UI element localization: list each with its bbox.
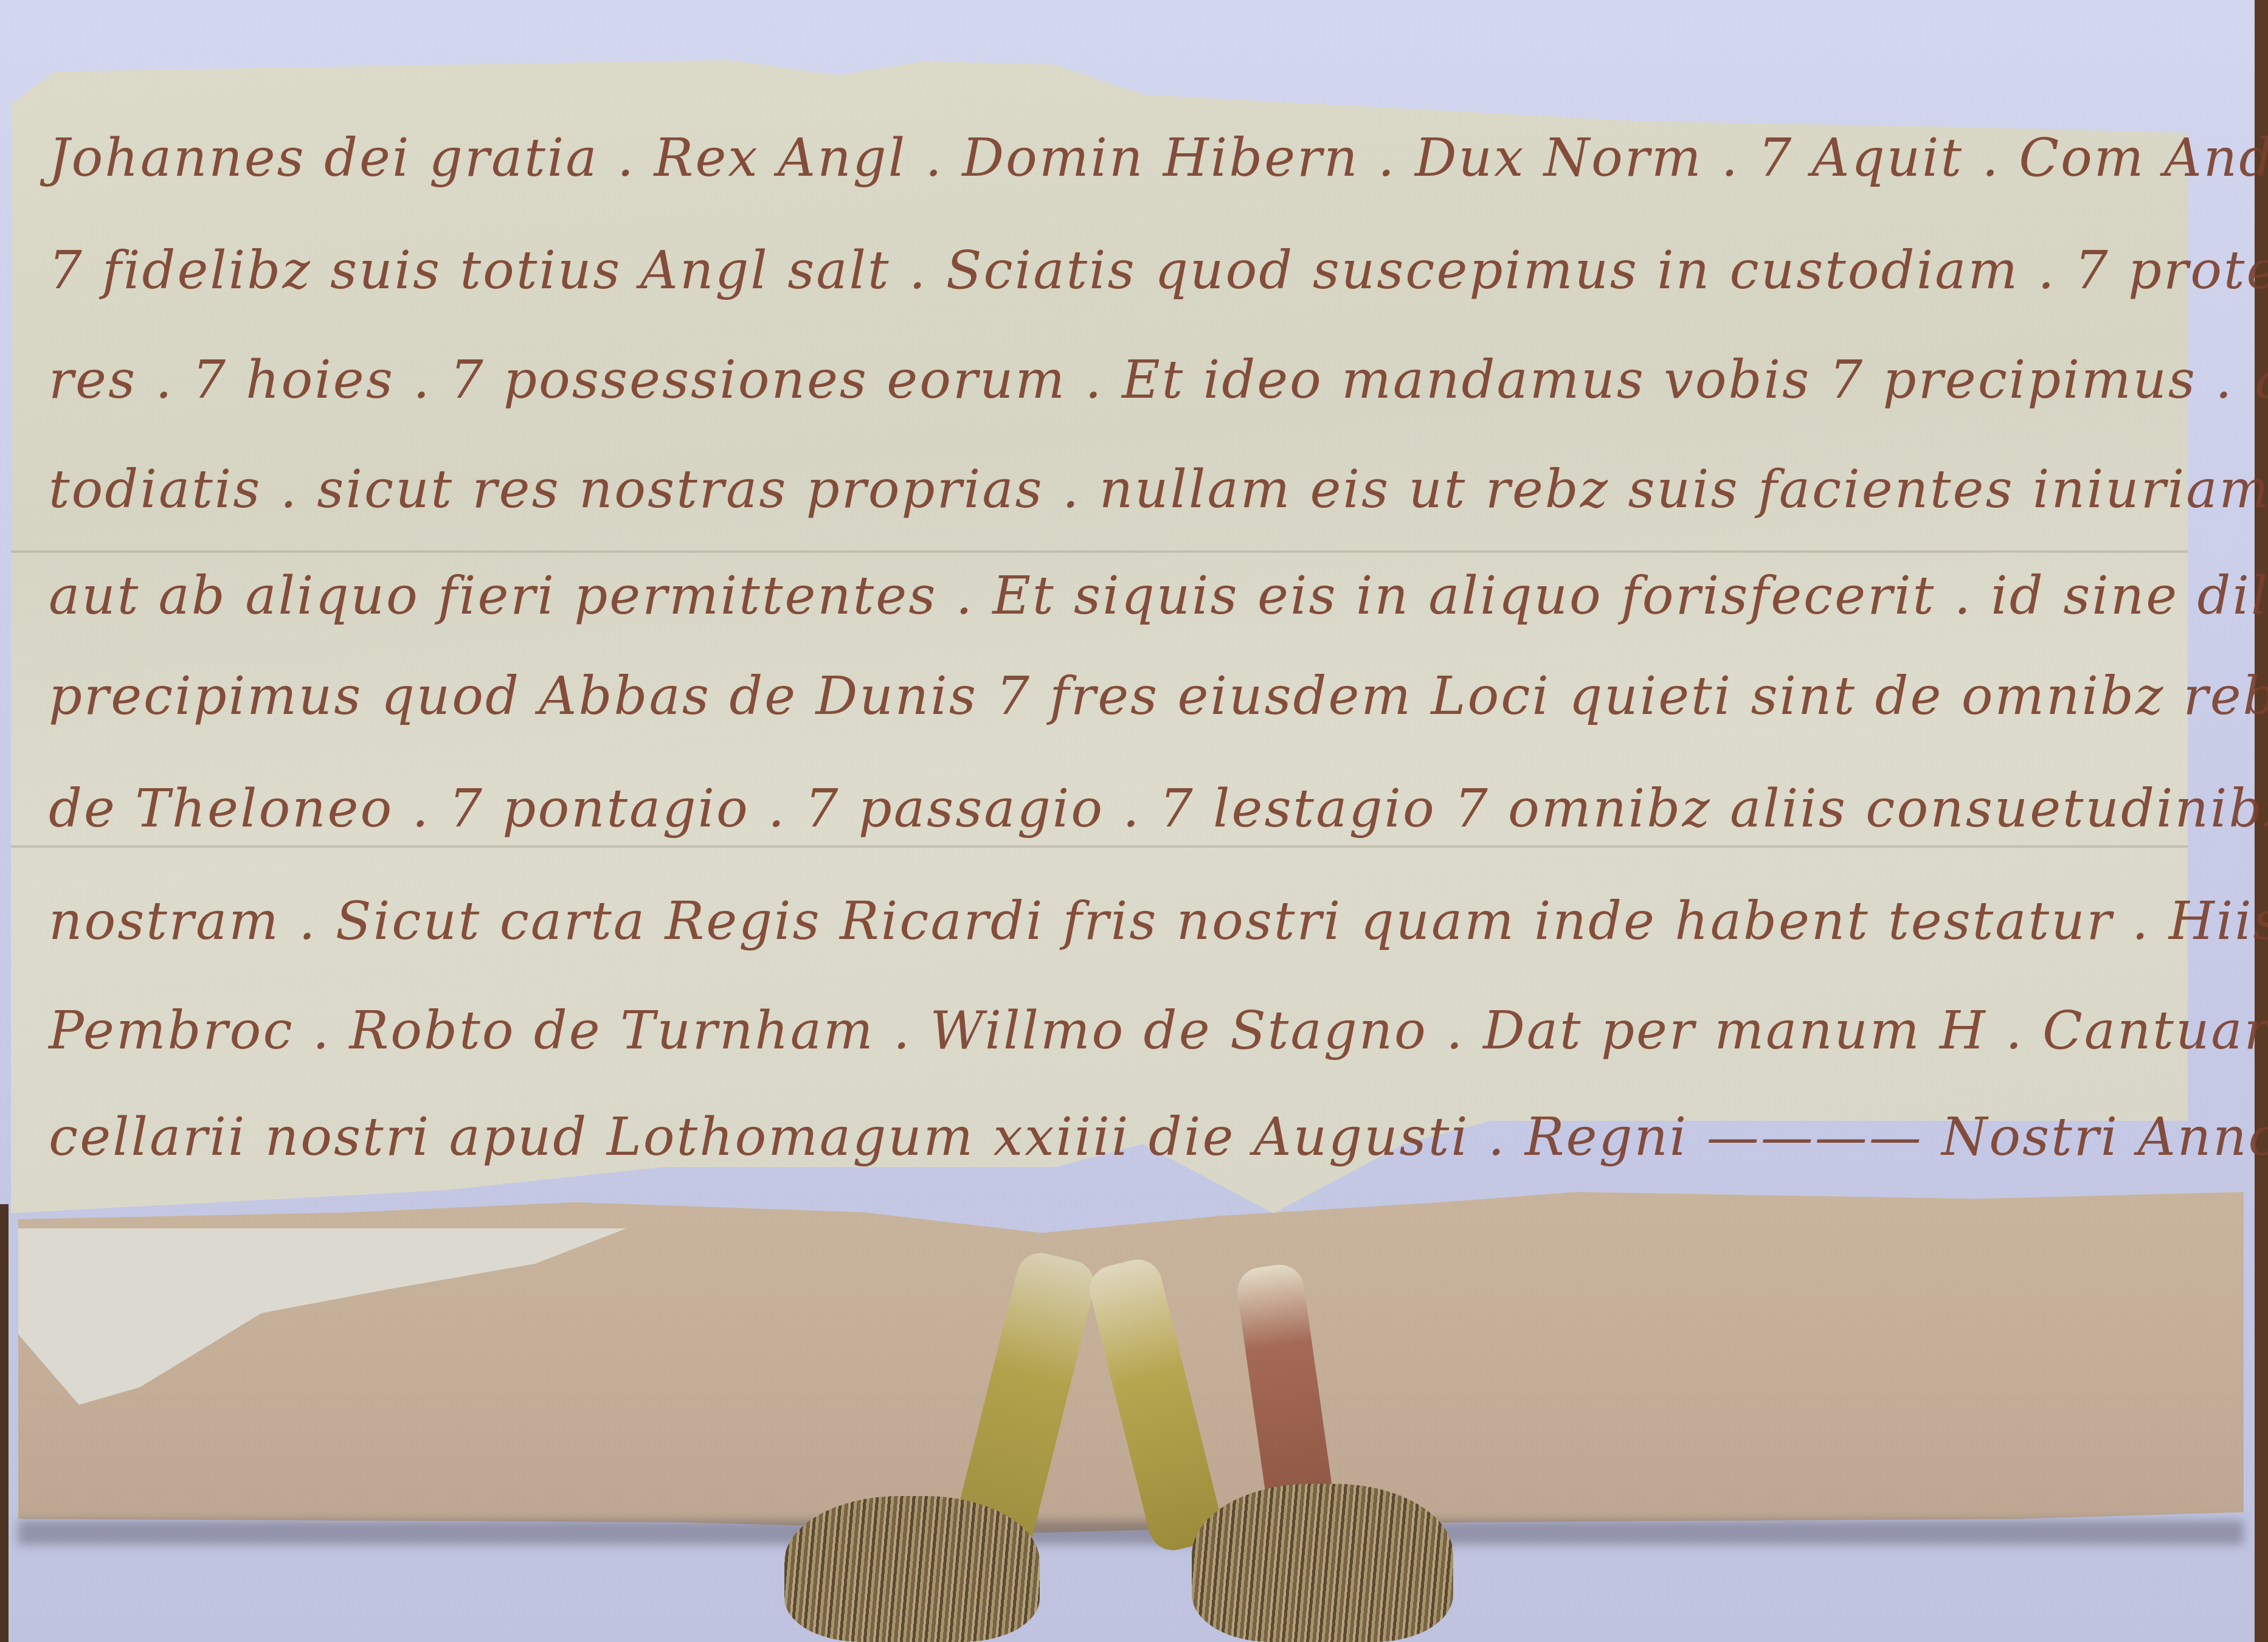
text-line-5: aut ab aliquo fieri permittentes . Et si… — [49, 566, 2268, 626]
text-line-9: Pembroc . Robto de Turnham . Willmo de S… — [49, 1000, 2268, 1061]
text-line-4: todiatis . sicut res nostras proprias . … — [49, 459, 2268, 520]
frame-edge-left — [0, 1204, 9, 1642]
fold-crease — [11, 845, 2188, 848]
text-line-10: cellarii nostri apud Lothomagum xxiiii d… — [49, 1107, 2268, 1168]
cord-tassel — [784, 1496, 1040, 1642]
text-line-7: de Theloneo . 7 pontagio . 7 passagio . … — [49, 778, 2268, 839]
text-line-2: 7 fidelibz suis totius Angl salt . Sciat… — [49, 240, 2268, 301]
text-line-8: nostram . Sicut carta Regis Ricardi fris… — [49, 891, 2268, 952]
fold-crease — [11, 550, 2188, 553]
shadow — [18, 1520, 2244, 1545]
text-line-6: precipimus quod Abbas de Dunis 7 fres ei… — [49, 666, 2268, 727]
text-line-1: Johannes dei gratia . Rex Angl . Domin H… — [49, 128, 2268, 189]
text-line-3: res . 7 hoies . 7 possessiones eorum . E… — [49, 350, 2268, 410]
cord-tassel — [1192, 1484, 1453, 1642]
